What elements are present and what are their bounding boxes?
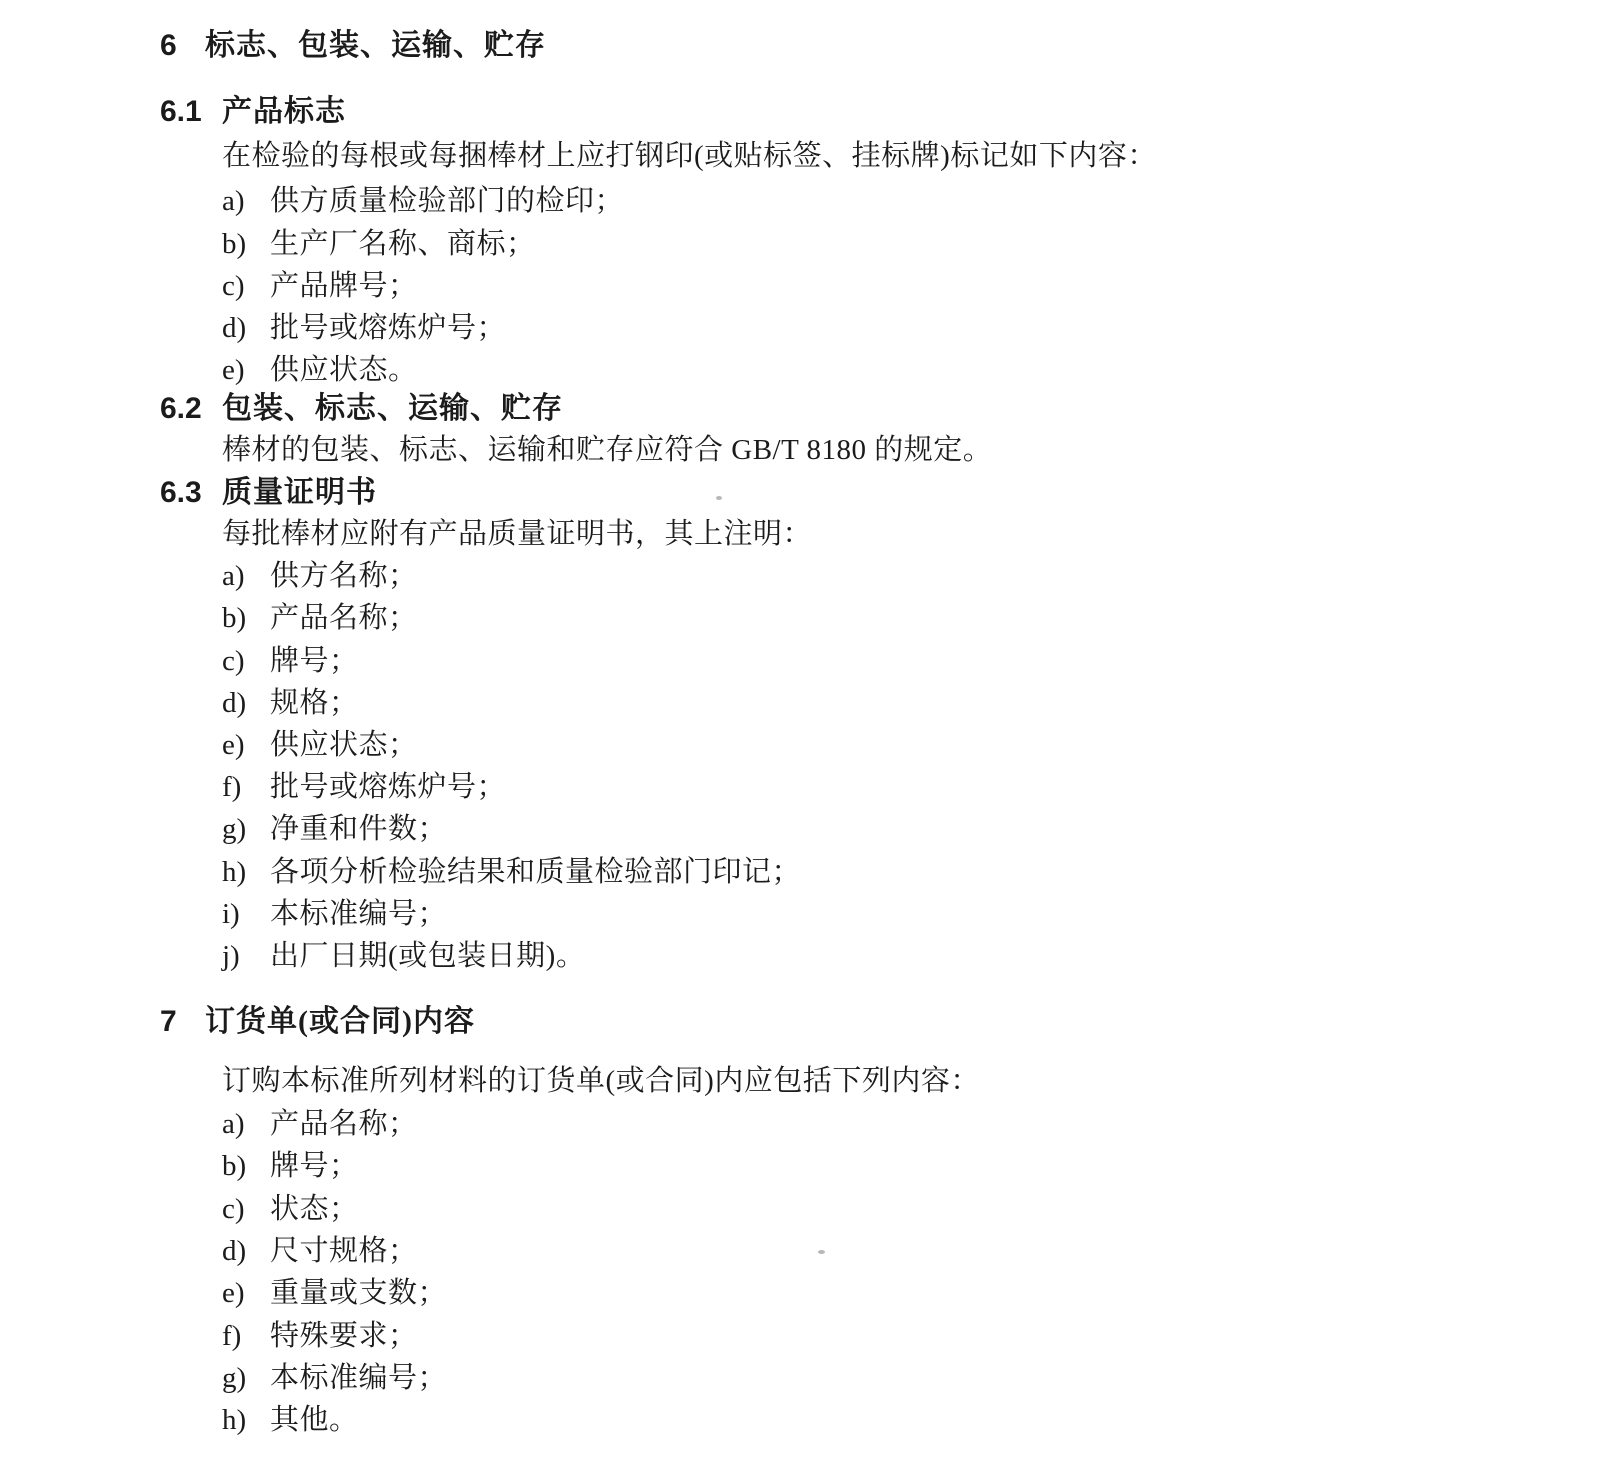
item-text: 供应状态；	[270, 728, 418, 763]
scan-speck	[818, 1250, 825, 1254]
item-text: 重量或支数；	[270, 1276, 447, 1311]
list-item: e)供应状态。	[222, 353, 418, 388]
subclause-title: 质量证明书	[222, 476, 377, 509]
subclause-title: 包装、标志、运输、贮存	[222, 392, 563, 425]
clause-6-1-heading: 6.1产品标志	[160, 94, 346, 130]
item-text: 产品名称；	[270, 1107, 418, 1142]
item-label: e)	[222, 353, 270, 388]
item-text: 牌号；	[270, 644, 359, 679]
item-label: c)	[222, 1192, 270, 1227]
clause-6-3-intro: 每批棒材应附有产品质量证明书，其上注明：	[222, 517, 812, 552]
subclause-number: 6.1	[160, 94, 222, 130]
item-label: i)	[222, 897, 270, 932]
item-text: 生产厂名称、商标；	[270, 227, 536, 262]
clause-6-heading: 6标志、包装、运输、贮存	[160, 28, 546, 64]
clause-title: 标志、包装、运输、贮存	[205, 29, 546, 62]
list-item: g)净重和件数；	[222, 812, 447, 847]
list-item: c)产品牌号；	[222, 269, 418, 304]
scan-speck	[716, 496, 722, 500]
item-text: 各项分析检验结果和质量检验部门印记；	[270, 855, 801, 890]
item-text: 批号或熔炼炉号；	[270, 311, 506, 346]
item-label: d)	[222, 1234, 270, 1269]
item-label: d)	[222, 686, 270, 721]
item-label: b)	[222, 1149, 270, 1184]
list-item: b)产品名称；	[222, 601, 418, 636]
list-item: a)供方名称；	[222, 559, 418, 594]
item-text: 产品牌号；	[270, 269, 418, 304]
list-item: b)牌号；	[222, 1149, 359, 1184]
list-item: g)本标准编号；	[222, 1361, 447, 1396]
item-label: c)	[222, 644, 270, 679]
item-label: e)	[222, 1276, 270, 1311]
list-item: a)供方质量检验部门的检印；	[222, 184, 624, 219]
item-text: 供方名称；	[270, 559, 418, 594]
document-page: 6标志、包装、运输、贮存 6.1产品标志 在检验的每根或每捆棒材上应打钢印(或贴…	[0, 0, 1600, 1480]
list-item: i)本标准编号；	[222, 897, 447, 932]
clause-6-2-heading: 6.2包装、标志、运输、贮存	[160, 391, 563, 427]
list-item: d)批号或熔炼炉号；	[222, 311, 506, 346]
item-label: f)	[222, 770, 270, 805]
item-text: 净重和件数；	[270, 812, 447, 847]
subclause-number: 6.2	[160, 391, 222, 427]
item-text: 供应状态。	[270, 353, 418, 388]
list-item: c)状态；	[222, 1192, 359, 1227]
item-label: a)	[222, 184, 270, 219]
item-label: e)	[222, 728, 270, 763]
item-label: h)	[222, 855, 270, 890]
item-text: 其他。	[270, 1403, 359, 1438]
item-text: 牌号；	[270, 1149, 359, 1184]
list-item: h)其他。	[222, 1403, 359, 1438]
list-item: d)规格；	[222, 686, 359, 721]
clause-title: 订货单(或合同)内容	[205, 1005, 475, 1038]
list-item: d)尺寸规格；	[222, 1234, 418, 1269]
list-item: j)出厂日期(或包装日期)。	[222, 939, 585, 974]
item-label: d)	[222, 311, 270, 346]
list-item: e)供应状态；	[222, 728, 418, 763]
item-text: 尺寸规格；	[270, 1234, 418, 1269]
item-label: g)	[222, 1361, 270, 1396]
item-text: 本标准编号；	[270, 1361, 447, 1396]
clause-number: 7	[160, 1004, 205, 1040]
subclause-number: 6.3	[160, 475, 222, 511]
list-item: c)牌号；	[222, 644, 359, 679]
clause-6-1-intro: 在检验的每根或每捆棒材上应打钢印(或贴标签、挂标牌)标记如下内容：	[222, 139, 1157, 174]
item-label: c)	[222, 269, 270, 304]
clause-7-intro: 订购本标准所列材料的订货单(或合同)内应包括下列内容：	[222, 1064, 980, 1099]
item-label: b)	[222, 601, 270, 636]
clause-number: 6	[160, 28, 205, 64]
item-text: 规格；	[270, 686, 359, 721]
clause-7-heading: 7订货单(或合同)内容	[160, 1004, 475, 1040]
item-label: b)	[222, 227, 270, 262]
item-text: 批号或熔炼炉号；	[270, 770, 506, 805]
item-text: 出厂日期(或包装日期)。	[270, 939, 585, 974]
item-text: 产品名称；	[270, 601, 418, 636]
list-item: a)产品名称；	[222, 1107, 418, 1142]
list-item: e)重量或支数；	[222, 1276, 447, 1311]
list-item: f)批号或熔炼炉号；	[222, 770, 506, 805]
item-label: h)	[222, 1403, 270, 1438]
list-item: f)特殊要求；	[222, 1319, 418, 1354]
list-item: h)各项分析检验结果和质量检验部门印记；	[222, 855, 801, 890]
item-label: a)	[222, 1107, 270, 1142]
item-text: 特殊要求；	[270, 1319, 418, 1354]
clause-6-3-heading: 6.3质量证明书	[160, 475, 377, 511]
item-label: f)	[222, 1319, 270, 1354]
item-text: 供方质量检验部门的检印；	[270, 184, 624, 219]
item-text: 本标准编号；	[270, 897, 447, 932]
item-label: j)	[222, 939, 270, 974]
item-label: g)	[222, 812, 270, 847]
subclause-title: 产品标志	[222, 95, 346, 128]
clause-6-2-body: 棒材的包装、标志、运输和贮存应符合 GB/T 8180 的规定。	[222, 433, 992, 468]
list-item: b)生产厂名称、商标；	[222, 227, 536, 262]
item-label: a)	[222, 559, 270, 594]
item-text: 状态；	[270, 1192, 359, 1227]
